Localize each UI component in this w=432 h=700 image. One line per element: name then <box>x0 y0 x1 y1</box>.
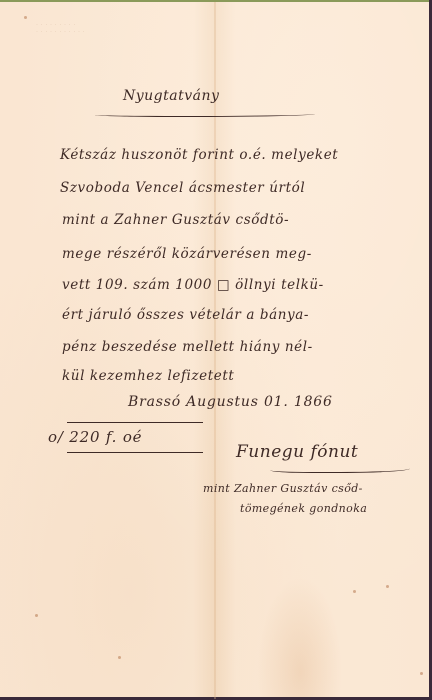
body-line: Kétszáz huszonöt forint o.é. melyeket <box>60 147 338 163</box>
document-page: · · · · · · · · · · · · · · · · · · · · … <box>0 0 429 697</box>
faded-stamp: · · · · · · · · · · · · · · · · · · · · <box>36 22 85 36</box>
stamp-line: · · · · · · · · · <box>36 22 85 29</box>
body-line: mint a Zahner Gusztáv csődtö- <box>62 212 289 228</box>
signature-subtitle: tömegének gondnoka <box>240 502 367 515</box>
document-title: Nyugtatvány <box>123 88 219 104</box>
amount-prefix: o/ <box>48 428 64 446</box>
signature-flourish <box>270 464 410 473</box>
stamp-line: · · · · · · · · · · · <box>36 29 85 36</box>
signature: Funegu fónut <box>236 442 358 462</box>
foxing-spot <box>386 585 389 588</box>
foxing-spot <box>35 614 38 617</box>
signature-subtitle: mint Zahner Gusztáv csőd- <box>203 482 363 495</box>
foxing-spot <box>420 672 423 675</box>
body-line: pénz beszedése mellett hiány nél- <box>62 339 313 355</box>
body-line: ért járuló ősszes vételár a bánya- <box>62 307 309 323</box>
foxing-spot <box>118 656 121 659</box>
body-line: kül kezemhez lefizetett <box>62 368 234 384</box>
amount-rule-bottom <box>67 452 203 453</box>
amount: o/ 220 f. oé <box>48 428 142 446</box>
title-underline <box>95 112 315 117</box>
amount-value: 220 f. oé <box>69 428 142 446</box>
body-line: Szvoboda Vencel ácsmester úrtól <box>60 180 305 196</box>
foxing-spot <box>353 590 356 593</box>
body-line: vett 109. szám 1000 □ öllnyi telkü- <box>62 277 324 293</box>
foxing-spot <box>24 16 27 19</box>
place-date: Brassó Augustus 01. 1866 <box>128 394 333 410</box>
amount-rule-top <box>67 422 203 423</box>
body-line: mege részéről közárverésen meg- <box>62 246 312 262</box>
